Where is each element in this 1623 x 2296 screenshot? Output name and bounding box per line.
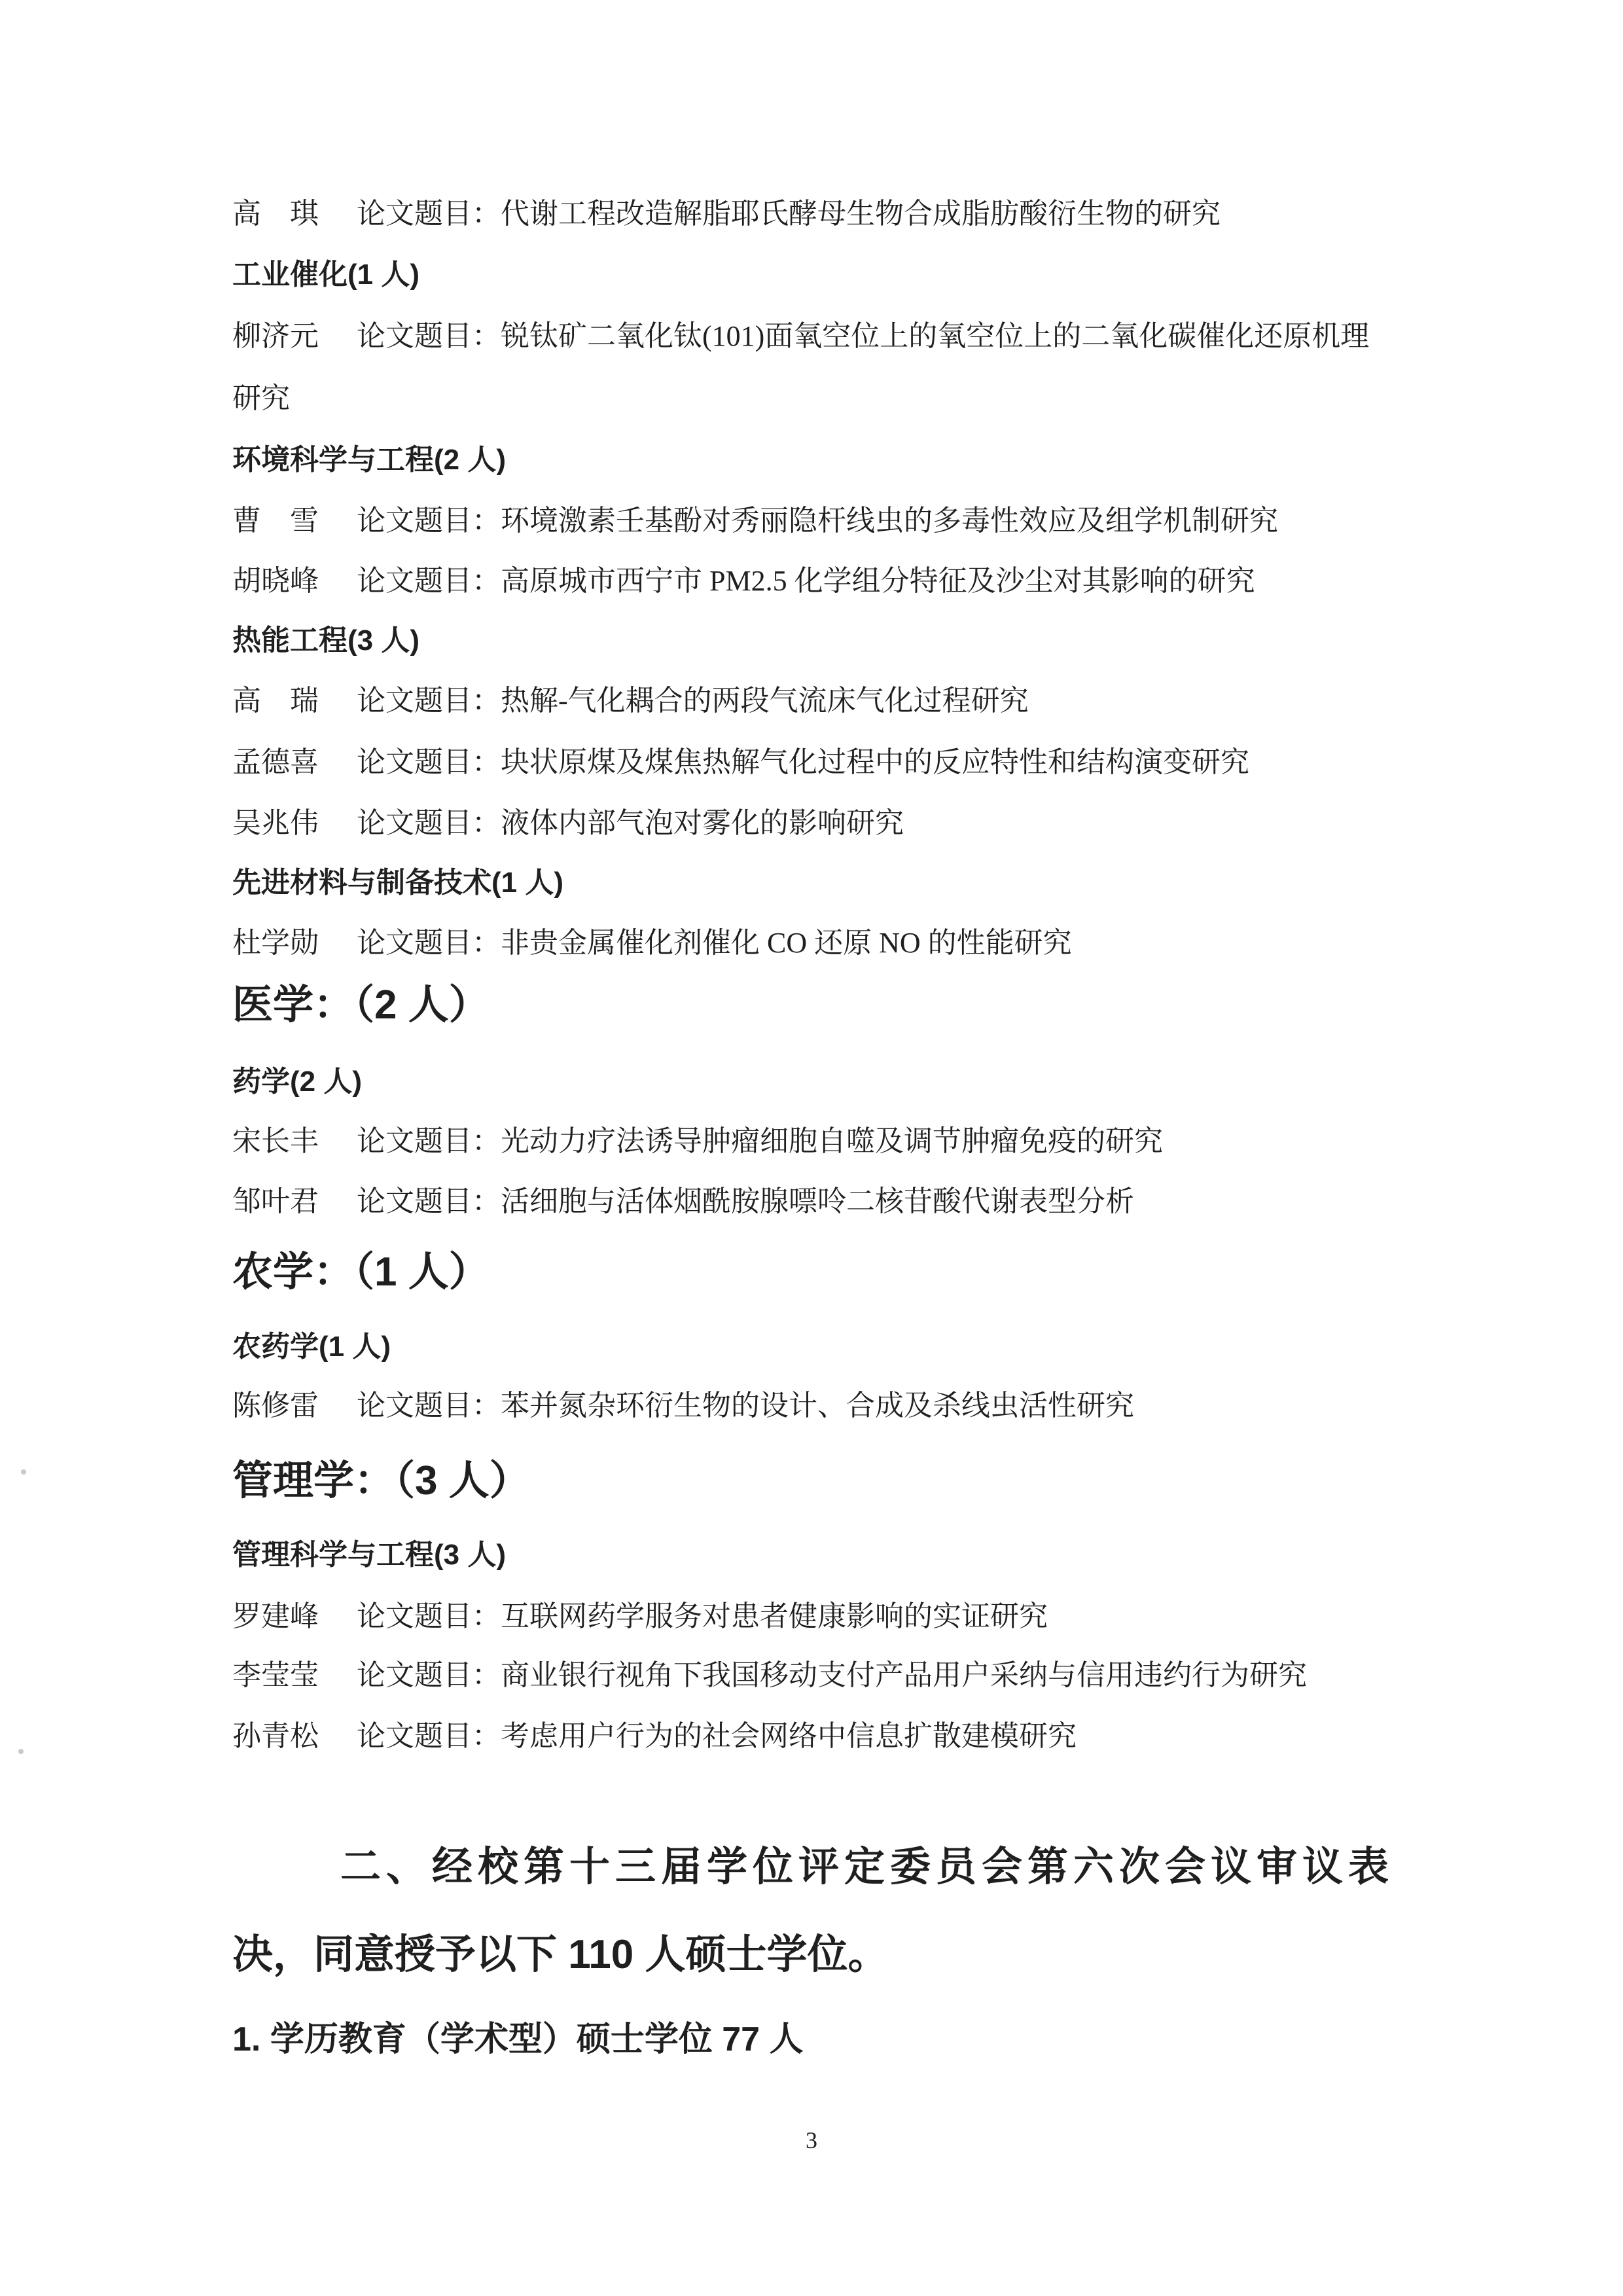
thesis-label: 论文题目： [357,746,501,778]
thesis-entry-row: 孟德喜论文题目：块状原煤及煤焦热解气化过程中的反应特性和结构演变研究 [232,748,1249,777]
section-heading-line: 决，同意授予以下 110 人硕士学位。 [232,1935,888,1975]
major-subheading: 农药学(1 人) [232,1333,391,1361]
scan-artifact-dot [18,1749,24,1754]
document-page: 高 琪论文题目：代谢工程改造解脂耶氏酵母生物合成脂肪酸衍生物的研究 工业催化(1… [0,0,1623,2296]
thesis-title: 代谢工程改造解脂耶氏酵母生物合成脂肪酸衍生物的研究 [501,198,1221,230]
thesis-title: 锐钛矿二氧化钛(101)面氧空位上的氧空位上的二氧化碳催化还原机理 [501,320,1369,352]
major-subheading: 先进材料与制备技术(1 人) [232,869,563,897]
scan-artifact-dot [21,1469,26,1475]
student-name: 胡晓峰 [232,567,357,596]
page-number: 3 [0,2128,1623,2152]
thesis-label: 论文题目： [357,1600,501,1632]
student-name: 陈修雷 [232,1391,357,1420]
student-name: 孟德喜 [232,748,357,777]
thesis-entry-row: 柳济元论文题目：锐钛矿二氧化钛(101)面氧空位上的氧空位上的二氧化碳催化还原机… [232,322,1369,351]
thesis-entry-row: 高 琪论文题目：代谢工程改造解脂耶氏酵母生物合成脂肪酸衍生物的研究 [232,200,1221,228]
thesis-entry-row: 曹 雪论文题目：环境激素壬基酚对秀丽隐杆线虫的多毒性效应及组学机制研究 [232,507,1278,535]
thesis-entry-row: 孙青松论文题目：考虑用户行为的社会网络中信息扩散建模研究 [232,1722,1077,1751]
thesis-label: 论文题目： [357,320,501,352]
thesis-label: 论文题目： [357,1720,501,1752]
thesis-label: 论文题目： [357,927,501,959]
thesis-title-continuation: 研究 [232,384,290,413]
thesis-label: 论文题目： [357,198,501,230]
student-name: 吴兆伟 [232,809,357,838]
thesis-title: 块状原煤及煤焦热解气化过程中的反应特性和结构演变研究 [501,746,1249,778]
thesis-label: 论文题目： [357,1390,501,1422]
thesis-entry-row: 吴兆伟论文题目：液体内部气泡对雾化的影响研究 [232,809,904,838]
thesis-title: 光动力疗法诱导肿瘤细胞自噬及调节肿瘤免疫的研究 [501,1125,1163,1157]
discipline-heading: 医学：（2 人） [232,985,490,1026]
thesis-title: 环境激素壬基酚对秀丽隐杆线虫的多毒性效应及组学机制研究 [501,505,1278,537]
thesis-entry-row: 高 瑞论文题目：热解-气化耦合的两段气流床气化过程研究 [232,687,1029,715]
thesis-entry-row: 胡晓峰论文题目：高原城市西宁市 PM2.5 化学组分特征及沙尘对其影响的研究 [232,567,1255,596]
thesis-label: 论文题目： [357,685,501,717]
section-heading-line: 二、经校第十三届学位评定委员会第六次会议审议表 [340,1847,1394,1888]
student-name: 邹叶君 [232,1187,357,1216]
thesis-title: 活细胞与活体烟酰胺腺嘌呤二核苷酸代谢表型分析 [501,1185,1134,1217]
student-name: 曹 雪 [232,507,357,535]
thesis-title: 苯并氮杂环衍生物的设计、合成及杀线虫活性研究 [501,1390,1134,1422]
thesis-label: 论文题目： [357,565,501,597]
numbered-subsection-heading: 1. 学历教育（学术型）硕士学位 77 人 [232,2022,804,2056]
major-subheading: 药学(2 人) [232,1067,362,1096]
thesis-title: 热解-气化耦合的两段气流床气化过程研究 [501,685,1029,717]
discipline-heading: 管理学：（3 人） [232,1461,530,1501]
discipline-heading: 农学：（1 人） [232,1252,490,1293]
thesis-entry-row: 宋长丰论文题目：光动力疗法诱导肿瘤细胞自噬及调节肿瘤免疫的研究 [232,1127,1163,1156]
thesis-entry-row: 罗建峰论文题目：互联网药学服务对患者健康影响的实证研究 [232,1602,1048,1631]
thesis-title: 互联网药学服务对患者健康影响的实证研究 [501,1600,1048,1632]
thesis-entry-row: 陈修雷论文题目：苯并氮杂环衍生物的设计、合成及杀线虫活性研究 [232,1391,1134,1420]
thesis-entry-row: 邹叶君论文题目：活细胞与活体烟酰胺腺嘌呤二核苷酸代谢表型分析 [232,1187,1134,1216]
thesis-title: 非贵金属催化剂催化 CO 还原 NO 的性能研究 [501,927,1072,959]
student-name: 杜学勋 [232,929,357,958]
thesis-label: 论文题目： [357,1125,501,1157]
thesis-title: 液体内部气泡对雾化的影响研究 [501,807,904,839]
student-name: 柳济元 [232,322,357,351]
major-subheading: 工业催化(1 人) [232,260,419,289]
student-name: 罗建峰 [232,1602,357,1631]
thesis-title: 高原城市西宁市 PM2.5 化学组分特征及沙尘对其影响的研究 [501,565,1255,597]
thesis-title: 考虑用户行为的社会网络中信息扩散建模研究 [501,1720,1077,1752]
thesis-label: 论文题目： [357,1185,501,1217]
student-name: 高 琪 [232,200,357,228]
thesis-title: 商业银行视角下我国移动支付产品用户采纳与信用违约行为研究 [501,1659,1307,1691]
student-name: 高 瑞 [232,687,357,715]
student-name: 宋长丰 [232,1127,357,1156]
major-subheading: 热能工程(3 人) [232,626,419,655]
thesis-label: 论文题目： [357,807,501,839]
thesis-entry-row: 杜学勋论文题目：非贵金属催化剂催化 CO 还原 NO 的性能研究 [232,929,1072,958]
major-subheading: 管理科学与工程(3 人) [232,1541,506,1570]
thesis-entry-row: 李莹莹论文题目：商业银行视角下我国移动支付产品用户采纳与信用违约行为研究 [232,1661,1307,1690]
thesis-label: 论文题目： [357,1659,501,1691]
student-name: 李莹莹 [232,1661,357,1690]
major-subheading: 环境科学与工程(2 人) [232,446,506,475]
thesis-label: 论文题目： [357,505,501,537]
student-name: 孙青松 [232,1722,357,1751]
